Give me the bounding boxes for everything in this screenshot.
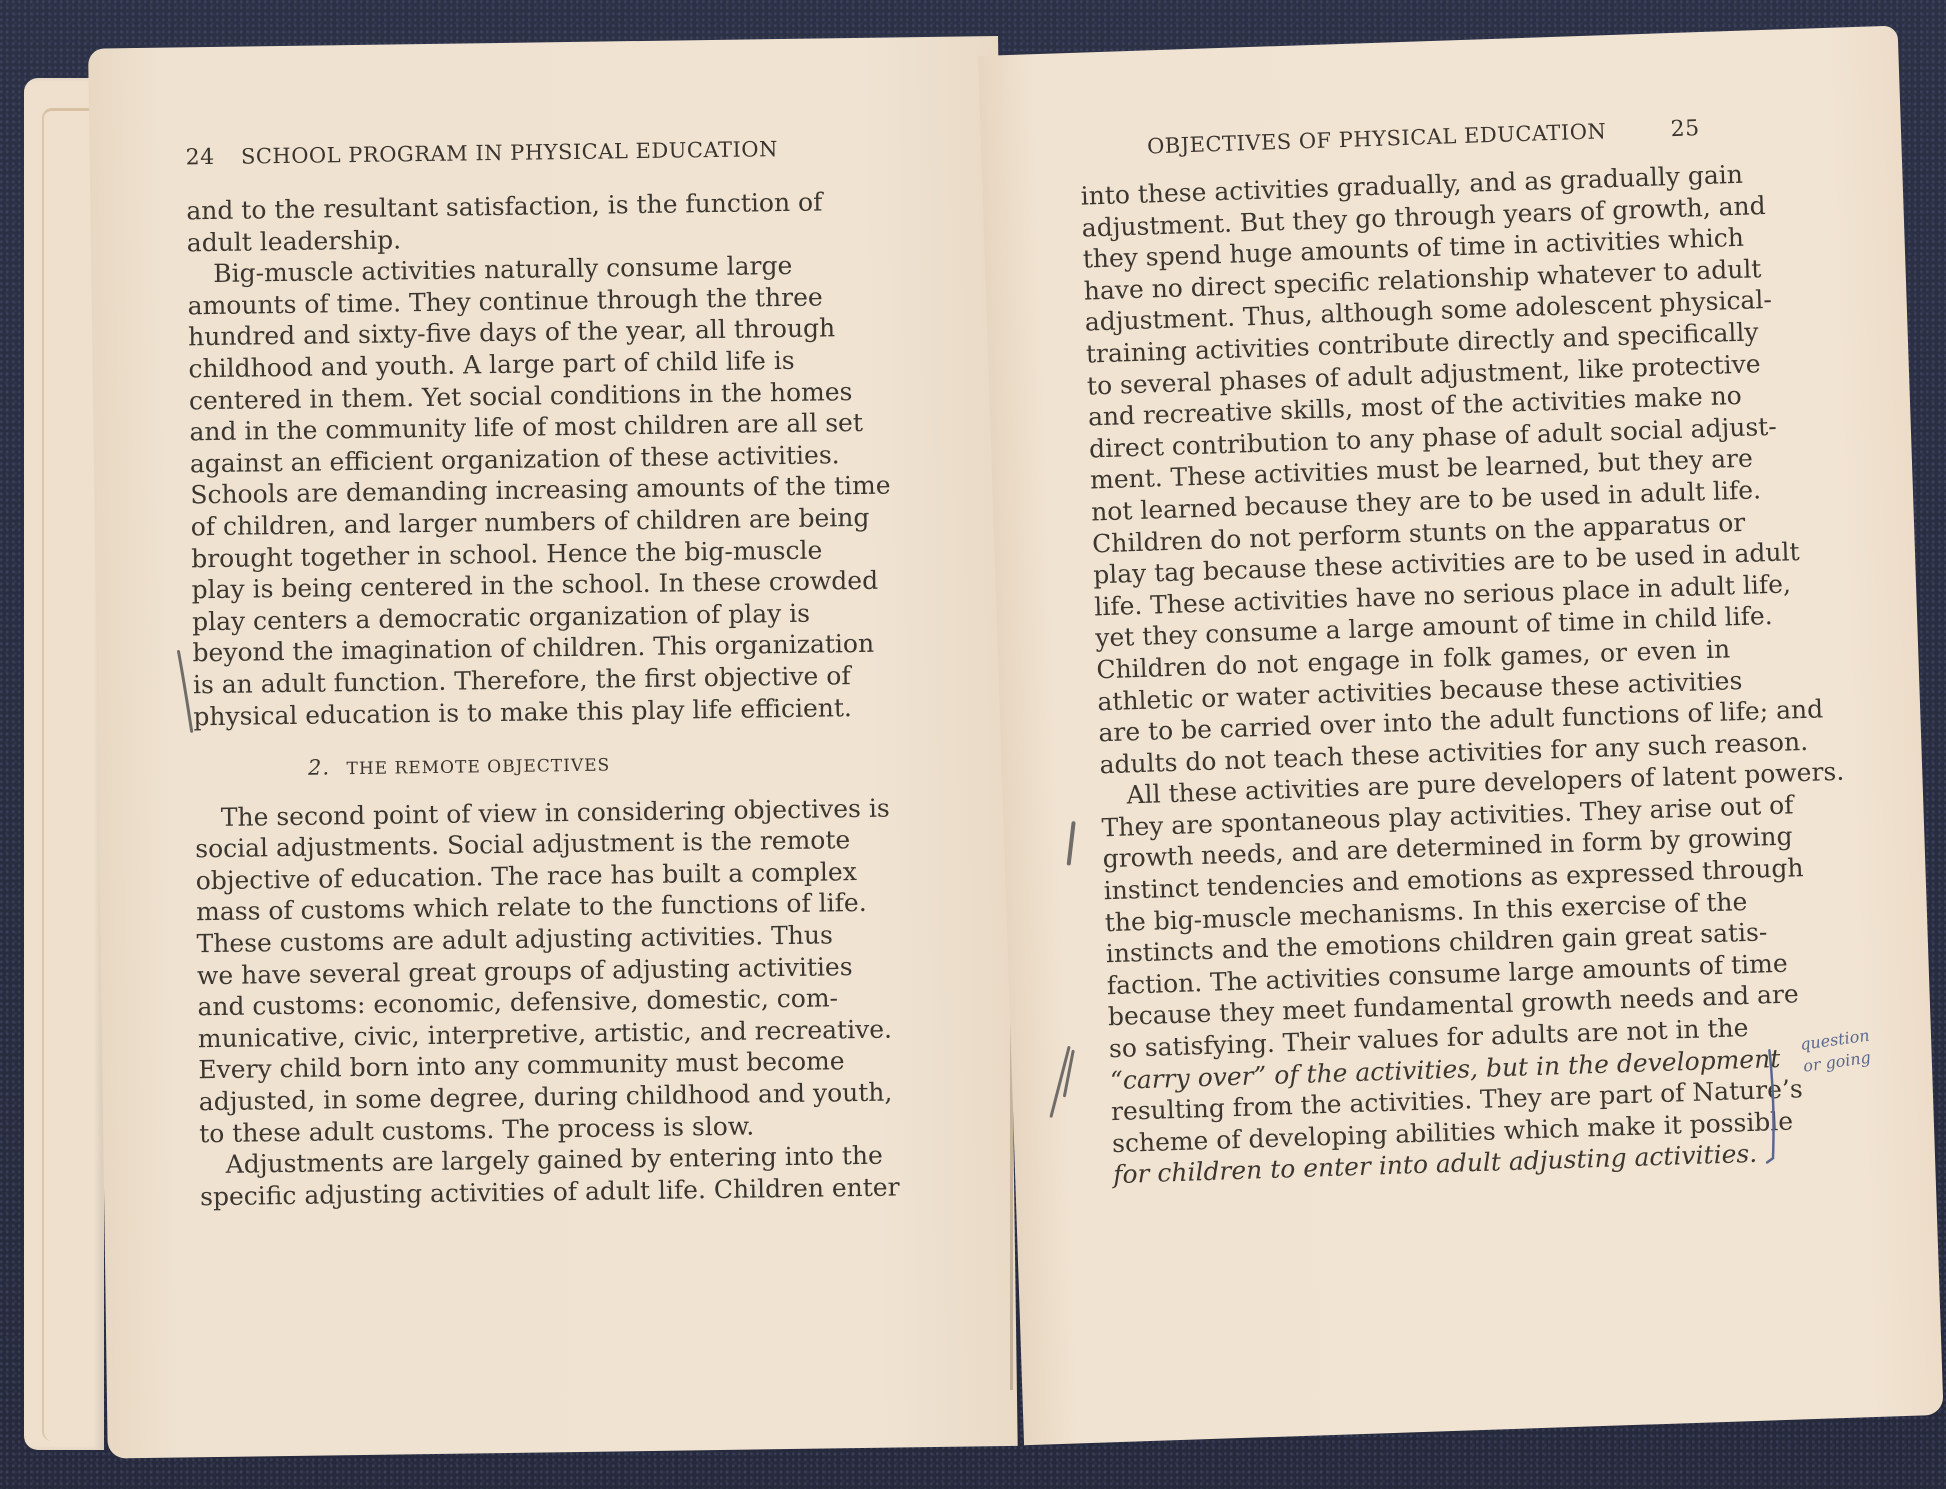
right-running-title: OBJECTIVES OF PHYSICAL EDUCATION (1147, 119, 1607, 158)
section-heading: 2. THE REMOTE OBJECTIVES (194, 747, 724, 788)
left-running-head: 24 SCHOOL PROGRAM IN PHYSICAL EDUCATION (185, 137, 778, 170)
right-page: OBJECTIVES OF PHYSICAL EDUCATION 25 into… (978, 25, 1944, 1445)
left-page: 24 SCHOOL PROGRAM IN PHYSICAL EDUCATION … (88, 36, 1018, 1459)
right-body-text: into these activities gradually, and as … (1080, 160, 1747, 1191)
right-running-head: OBJECTIVES OF PHYSICAL EDUCATION 25 (1147, 116, 1700, 159)
section-number: 2. (308, 755, 330, 779)
open-book: 24 SCHOOL PROGRAM IN PHYSICAL EDUCATION … (0, 0, 1946, 1489)
left-body-text: and to the resultant satisfaction, is th… (186, 188, 730, 1213)
right-page-number: 25 (1670, 116, 1700, 142)
text-line: specific adjusting activities of adult l… (200, 1174, 730, 1213)
handwritten-margin-note: question or going (1799, 1022, 1894, 1078)
pencil-tick-mark (1059, 819, 1085, 870)
pencil-double-mark (1039, 1043, 1082, 1124)
left-running-title: SCHOOL PROGRAM IN PHYSICAL EDUCATION (241, 137, 778, 168)
section-title: THE REMOTE OBJECTIVES (346, 756, 610, 780)
left-page-number: 24 (185, 145, 214, 170)
text-line: physical education is to make this play … (193, 693, 723, 732)
